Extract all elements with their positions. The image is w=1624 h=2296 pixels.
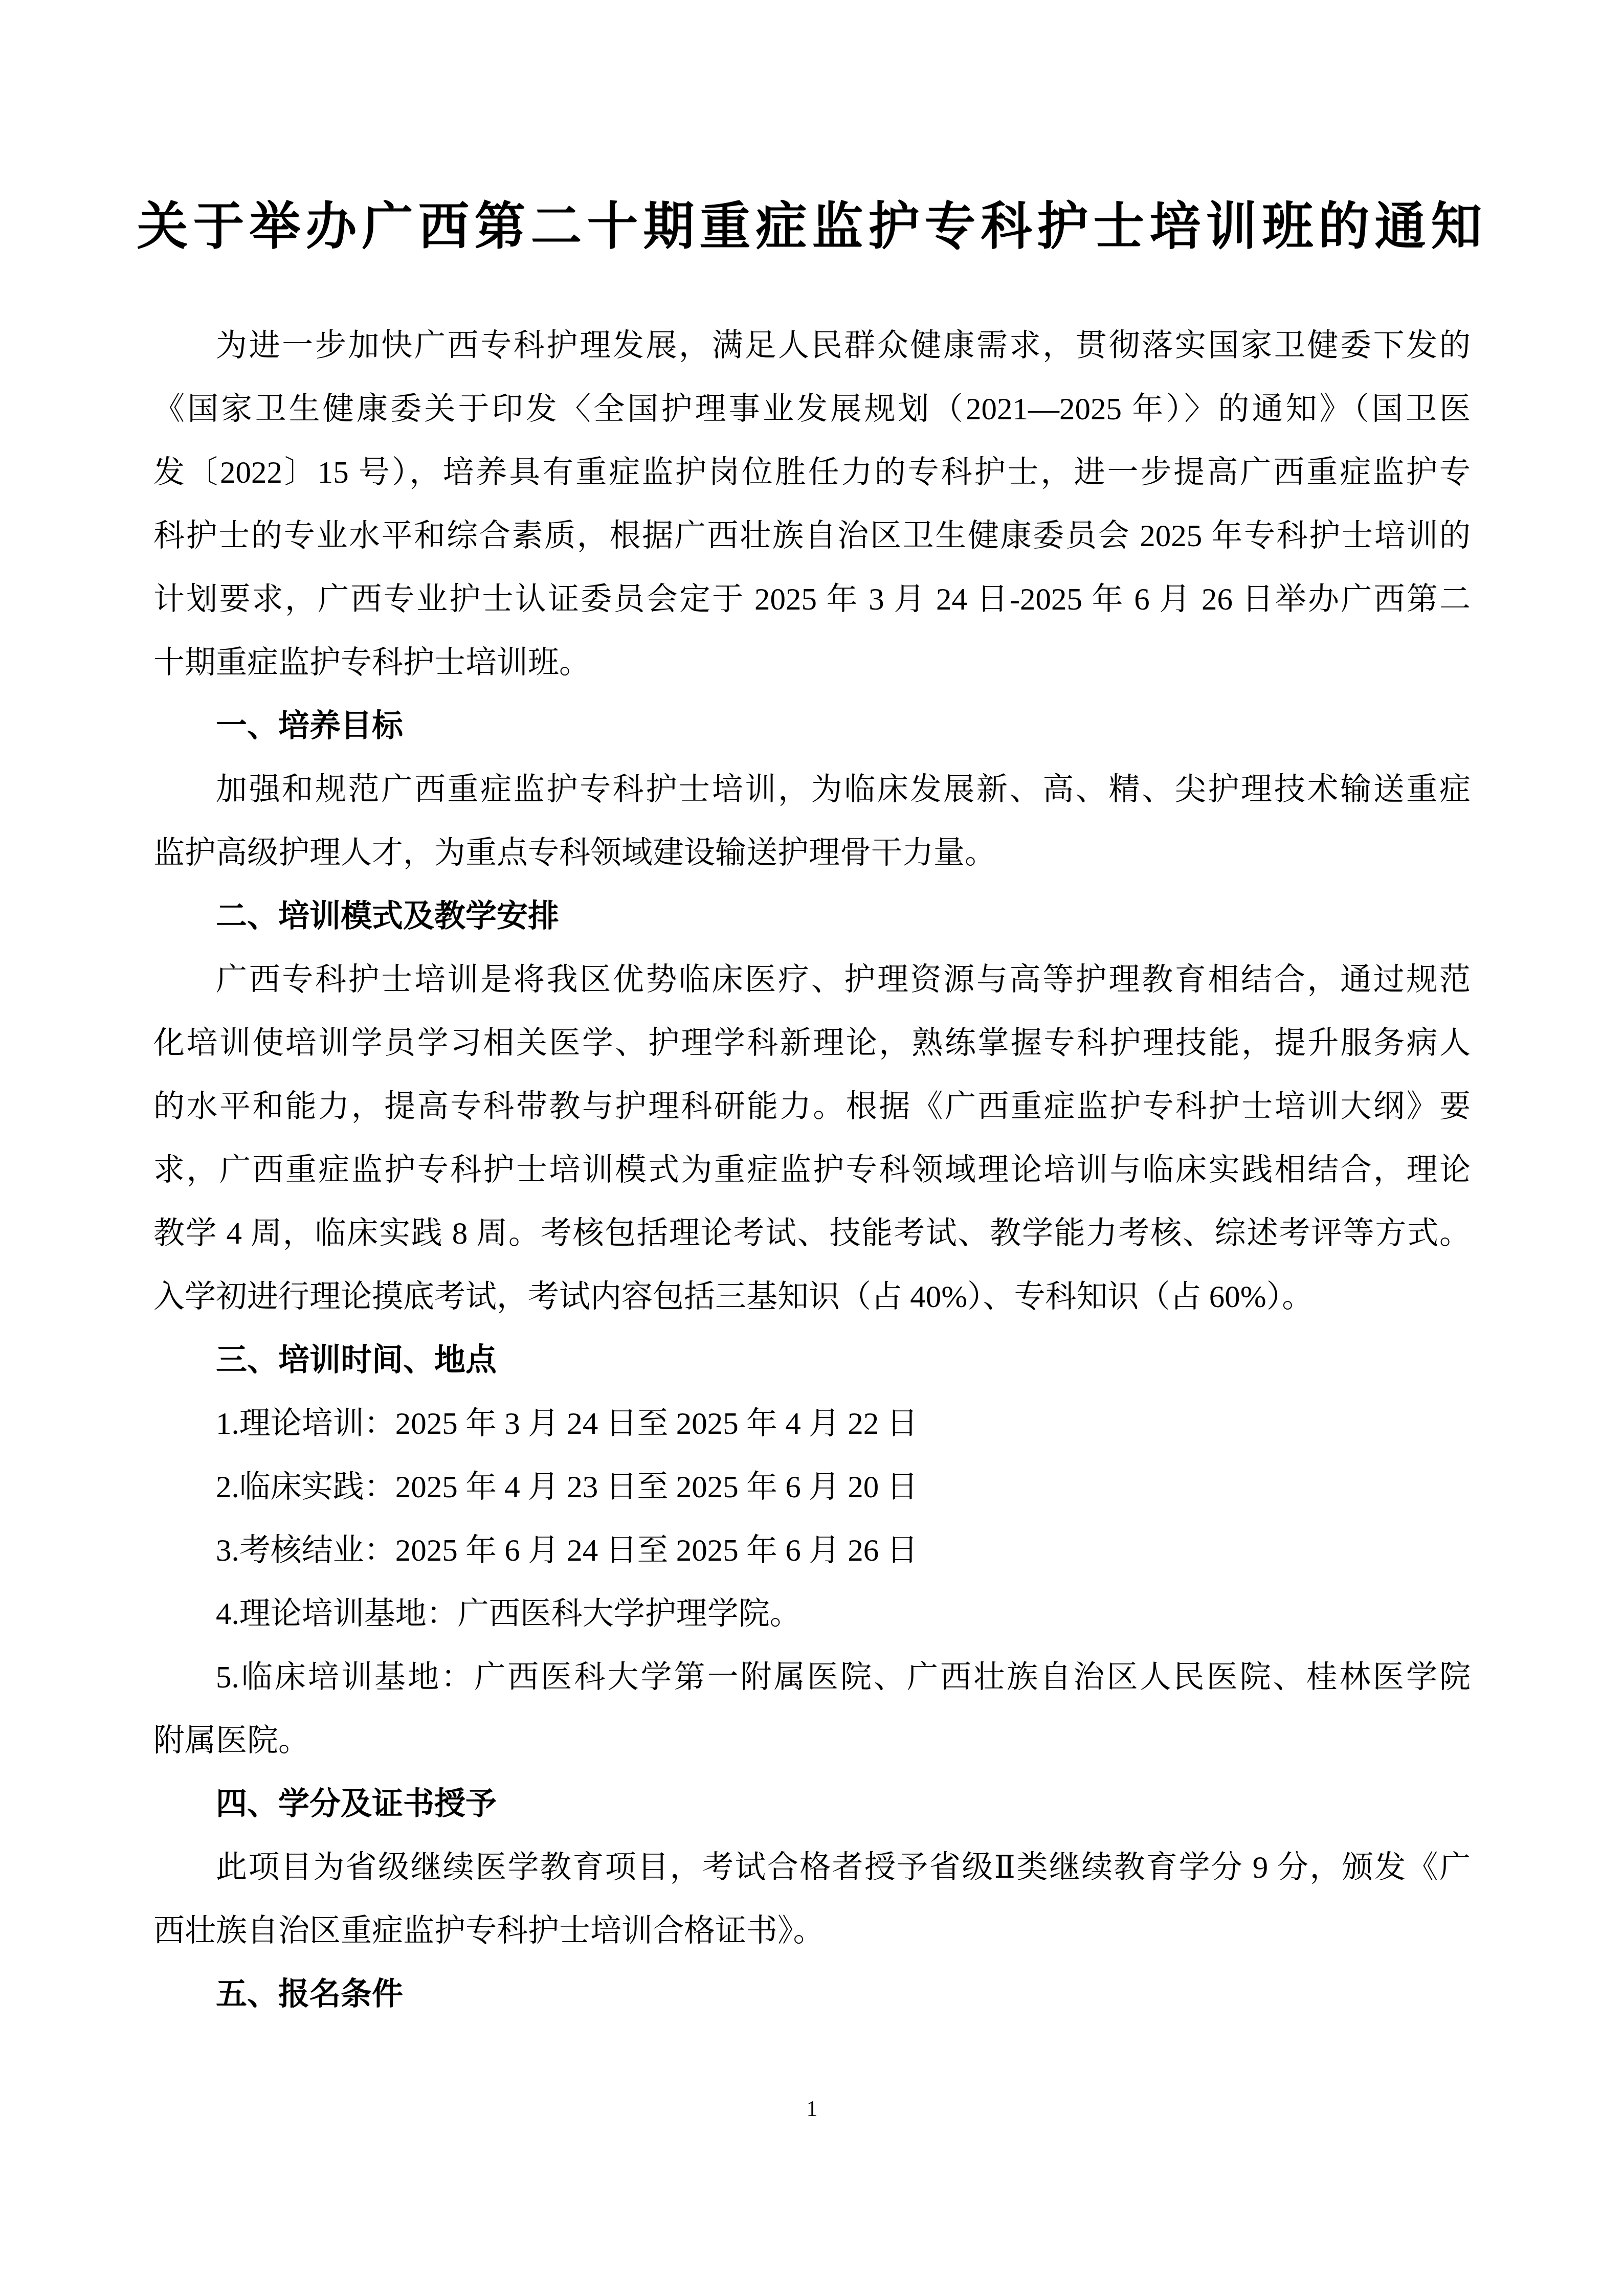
document-body: 为进一步加快广西专科护理发展，满足人民群众健康需求，贯彻落实国家卫健委下发的 《… — [153, 314, 1471, 2027]
section-heading-4: 四、学分及证书授予 — [153, 1773, 1471, 1836]
paragraph-line: 的水平和能力，提高专科带教与护理科研能力。根据《广西重症监护专科护士培训大纲》要 — [153, 1075, 1471, 1139]
paragraph-line: 化培训使培训学员学习相关医学、护理学科新理论，熟练掌握专科护理技能，提升服务病人 — [153, 1012, 1471, 1075]
section-heading-3: 三、培训时间、地点 — [153, 1329, 1471, 1392]
paragraph-line: 教学 4 周，临床实践 8 周。考核包括理论考试、技能考试、教学能力考核、综述考… — [153, 1202, 1471, 1266]
paragraph-line: 为进一步加快广西专科护理发展，满足人民群众健康需求，贯彻落实国家卫健委下发的 — [153, 314, 1471, 378]
paragraph-line: 求，广西重症监护专科护士培训模式为重症监护专科领域理论培训与临床实践相结合，理论 — [153, 1139, 1471, 1202]
list-item-continuation: 附属医院。 — [153, 1709, 1471, 1773]
section-heading-5: 五、报名条件 — [153, 1963, 1471, 2027]
list-item: 1.理论培训：2025 年 3 月 24 日至 2025 年 4 月 22 日 — [153, 1392, 1471, 1456]
paragraph-line: 计划要求，广西专业护士认证委员会定于 2025 年 3 月 24 日-2025 … — [153, 568, 1471, 632]
paragraph-line: 十期重症监护专科护士培训班。 — [153, 632, 1471, 695]
list-item: 3.考核结业：2025 年 6 月 24 日至 2025 年 6 月 26 日 — [153, 1519, 1471, 1583]
paragraph-line: 西壮族自治区重症监护专科护士培训合格证书》。 — [153, 1900, 1471, 1963]
list-item: 5.临床培训基地：广西医科大学第一附属医院、广西壮族自治区人民医院、桂林医学院 — [153, 1646, 1471, 1709]
section-heading-1: 一、培养目标 — [153, 695, 1471, 758]
paragraph-line: 入学初进行理论摸底考试，考试内容包括三基知识（占 40%）、专科知识（占 60%… — [153, 1266, 1471, 1329]
document-page: 关于举办广西第二十期重症监护专科护士培训班的通知 为进一步加快广西专科护理发展，… — [0, 0, 1624, 2296]
document-title: 关于举办广西第二十期重症监护专科护士培训班的通知 — [0, 196, 1624, 258]
list-item: 4.理论培训基地：广西医科大学护理学院。 — [153, 1583, 1471, 1646]
paragraph-line: 监护高级护理人才，为重点专科领域建设输送护理骨干力量。 — [153, 822, 1471, 885]
paragraph-line: 广西专科护士培训是将我区优势临床医疗、护理资源与高等护理教育相结合，通过规范 — [153, 949, 1471, 1012]
paragraph-line: 《国家卫生健康委关于印发〈全国护理事业发展规划（2021—2025 年）〉的通知… — [153, 378, 1471, 441]
paragraph-line: 加强和规范广西重症监护专科护士培训，为临床发展新、高、精、尖护理技术输送重症 — [153, 758, 1471, 822]
paragraph-line: 此项目为省级继续医学教育项目，考试合格者授予省级Ⅱ类继续教育学分 9 分，颁发《… — [153, 1836, 1471, 1900]
page-number: 1 — [0, 2096, 1624, 2122]
list-item: 2.临床实践：2025 年 4 月 23 日至 2025 年 6 月 20 日 — [153, 1456, 1471, 1519]
section-heading-2: 二、培训模式及教学安排 — [153, 885, 1471, 949]
paragraph-line: 科护士的专业水平和综合素质，根据广西壮族自治区卫生健康委员会 2025 年专科护… — [153, 505, 1471, 568]
paragraph-line: 发〔2022〕15 号），培养具有重症监护岗位胜任力的专科护士，进一步提高广西重… — [153, 441, 1471, 505]
